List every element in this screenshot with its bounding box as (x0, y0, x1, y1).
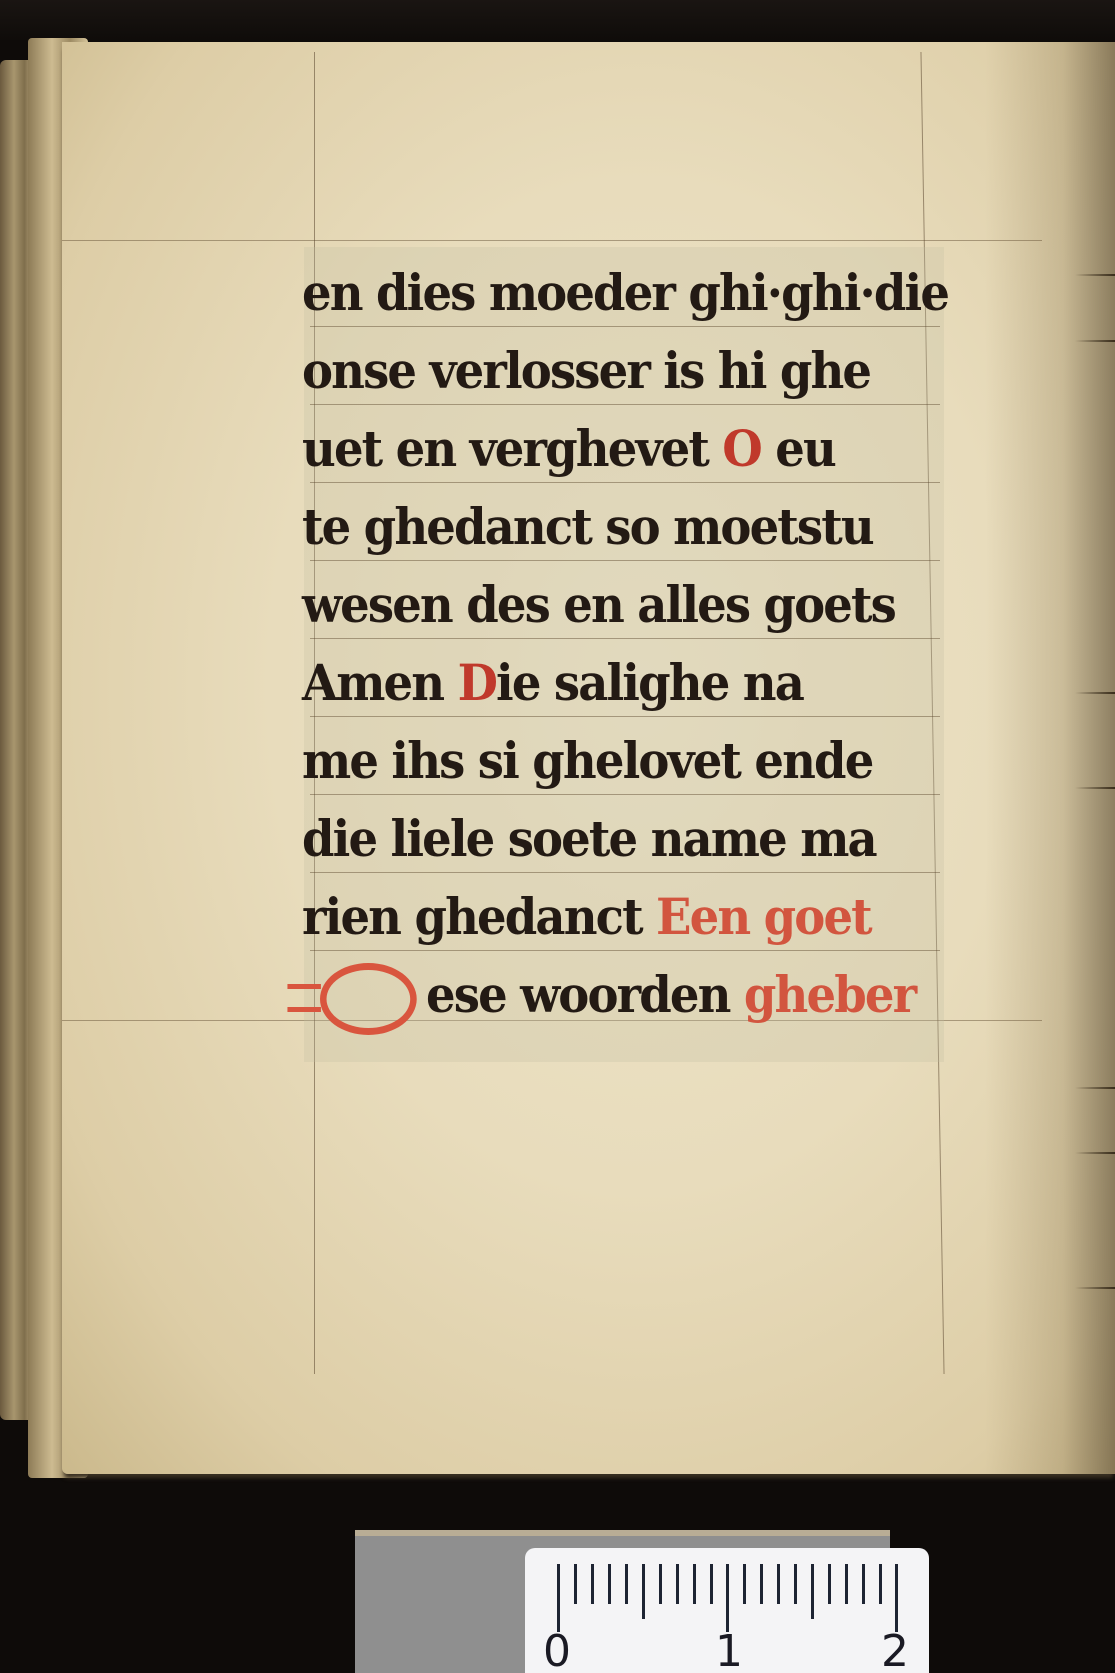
ruler-tick (743, 1564, 746, 1604)
text-line-6: Amen Die salighe na (302, 644, 803, 722)
ruler-tick (676, 1564, 679, 1604)
ruler-scale: 0 1 2 (525, 1548, 929, 1673)
ruler-tick (625, 1564, 628, 1604)
ruler-tick (591, 1564, 594, 1604)
pricking-mark (1075, 787, 1115, 789)
text-line-2: onse verlosser is hi ghe (302, 332, 870, 410)
pricking-mark (1075, 274, 1115, 276)
text-segment: te ghedanct so moetstu (302, 497, 873, 556)
text-line-1: en dies moeder ghi·ghi·die (302, 254, 948, 332)
rubric-text: gheber (744, 965, 915, 1024)
ruling-top (62, 240, 1042, 241)
touched-capital: D (458, 653, 496, 712)
ruler-label-2: 2 (881, 1630, 909, 1673)
text-segment: Amen (302, 653, 458, 712)
ruler-tick (710, 1564, 713, 1604)
ruler-tick (642, 1564, 645, 1619)
ruler-tick (862, 1564, 865, 1604)
ruler-tick (879, 1564, 882, 1604)
ruler-tick (828, 1564, 831, 1604)
ruler-tick (693, 1564, 696, 1604)
ruler-tick (608, 1564, 611, 1604)
text-segment: rien ghedanct (302, 887, 656, 946)
ruler-tick (794, 1564, 797, 1604)
text-segment: ese woorden (426, 965, 744, 1024)
ruler-tick (760, 1564, 763, 1604)
text-line-7: me ihs si ghelovet ende (302, 722, 872, 800)
ruler-label-0: 0 (543, 1630, 571, 1673)
text-line-3: uet en verghevet O eu (302, 410, 835, 488)
text-line-9: rien ghedanct Een goet (302, 878, 871, 956)
ruler-tick (557, 1564, 560, 1632)
red-initial-o-icon (320, 963, 417, 1035)
manuscript-page: en dies moeder ghi·ghi·die onse verlosse… (62, 42, 1115, 1474)
ruler-tick (811, 1564, 814, 1619)
text-line-10: ese woorden gheber (320, 956, 915, 1034)
text-line-8: die liele soete name ma (302, 800, 876, 878)
ruler-tick (895, 1564, 898, 1632)
pricking-mark (1075, 1087, 1115, 1089)
text-segment: wesen des en alles goets (302, 575, 895, 634)
text-segment: onse verlosser is hi ghe (302, 341, 870, 400)
pricking-mark (1075, 1287, 1115, 1289)
ruler-tick (659, 1564, 662, 1604)
text-segment: en dies moeder ghi·ghi·die (302, 263, 948, 322)
background-top (0, 0, 1115, 40)
ruler-tick (574, 1564, 577, 1604)
pricking-mark (1075, 340, 1115, 342)
pricking-mark (1075, 1152, 1115, 1154)
text-segment: ie salighe na (496, 653, 803, 712)
text-segment: uet en verghevet (302, 419, 722, 478)
pricking-mark (1075, 692, 1115, 694)
text-line-4: te ghedanct so moetstu (302, 488, 873, 566)
text-segment: me ihs si ghelovet ende (302, 731, 872, 790)
touched-capital: O (722, 419, 761, 478)
ruler-tick (726, 1564, 729, 1632)
ruler-label-1: 1 (715, 1630, 743, 1673)
text-line-5: wesen des en alles goets (302, 566, 895, 644)
text-segment: eu (761, 419, 835, 478)
rubric-text: Een goet (656, 887, 871, 946)
ruler-tick (777, 1564, 780, 1604)
ruler-tick (845, 1564, 848, 1604)
text-segment: die liele soete name ma (302, 809, 876, 868)
